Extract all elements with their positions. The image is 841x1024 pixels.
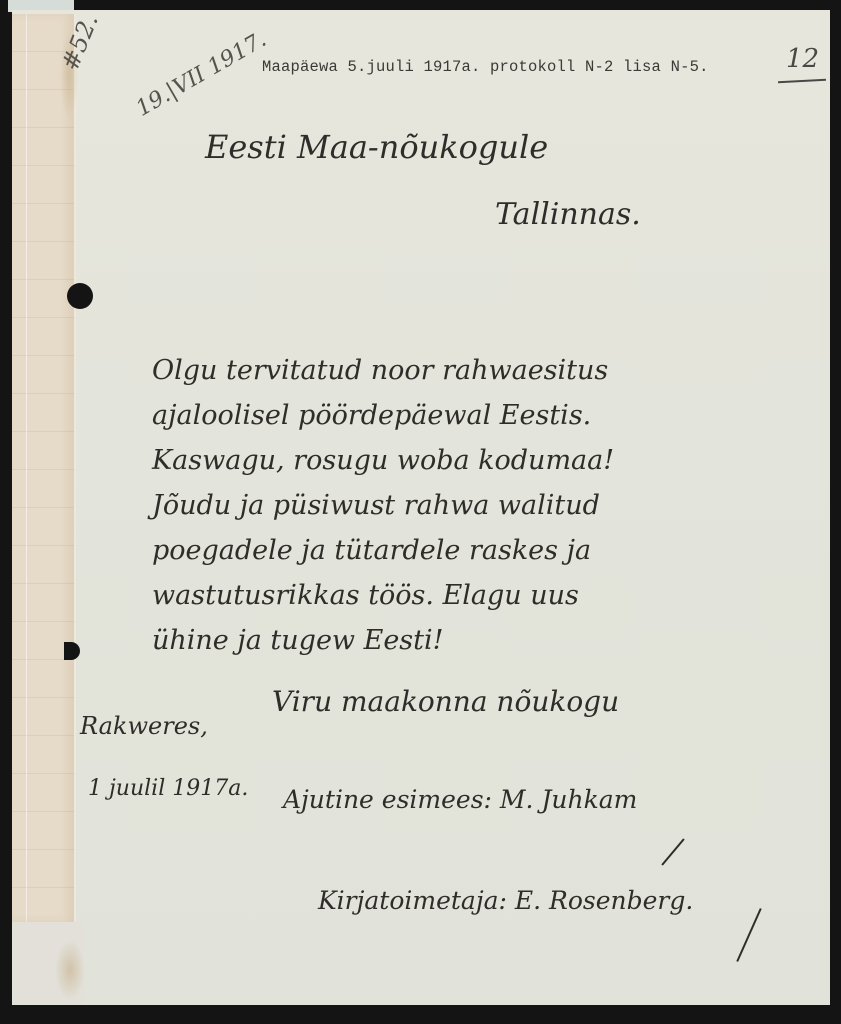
sender-council: Viru maakonna nõukogu <box>272 685 619 718</box>
letter-body: Olgu tervitatud noor rahwaesitus ajalool… <box>152 348 614 663</box>
archival-binding-strip <box>12 14 76 922</box>
letter-date: 1 juulil 1917a. <box>88 776 248 801</box>
body-line: Jõudu ja püsiwust rahwa walitud <box>152 483 614 528</box>
secretary-signature: Kirjatoimetaja: E. Rosenberg. <box>318 886 693 915</box>
paper-stain <box>55 940 85 1000</box>
body-line: poegadele ja tütardele raskes ja <box>152 528 614 573</box>
body-line: wastutusrikkas töös. Elagu uus <box>152 573 614 618</box>
chair-signature: Ajutine esimees: M. Juhkam <box>283 785 637 814</box>
body-line: Olgu tervitatud noor rahwaesitus <box>152 348 614 393</box>
page-number: 12 <box>786 44 819 74</box>
sender-location: Rakweres, <box>80 712 208 740</box>
body-line: ajaloolisel pöördepäewal Eestis. <box>152 393 614 438</box>
document-scan: Maapäewa 5.juuli 1917a. protokoll N-2 li… <box>0 0 841 1024</box>
body-line: ühine ja tugew Eesti! <box>152 618 614 663</box>
typed-header: Maapäewa 5.juuli 1917a. protokoll N-2 li… <box>262 58 709 76</box>
punch-hole-icon <box>67 283 93 309</box>
addressee: Eesti Maa-nõukogule <box>205 128 548 166</box>
addressee-place: Tallinnas. <box>495 197 641 232</box>
body-line: Kaswagu, rosugu woba kodumaa! <box>152 438 614 483</box>
